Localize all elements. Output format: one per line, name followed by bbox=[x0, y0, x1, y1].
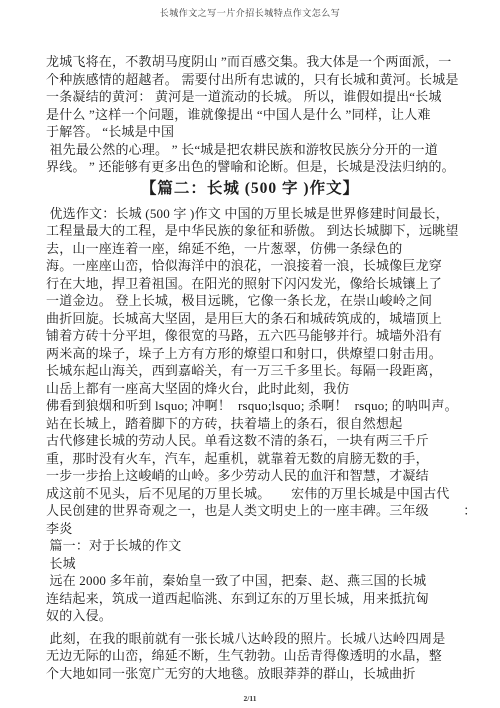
text-line: 界线。 ” 还能够有更多出色的譬喻和论断。但是，长城是没法归纳的。 bbox=[46, 158, 476, 176]
text-line: 一道金边。 登上长城，极目远眺，它像一条长龙，在崇山峻岭之间 bbox=[46, 292, 476, 310]
text-line: 连结起来，筑成一道西起临洮、东到辽东的万里长城，用来抵抗匈 bbox=[46, 590, 476, 608]
text-line: 无边无际的山峦，绵延不断，生气勃勃。山岳青得像透明的水晶，整 bbox=[46, 647, 476, 665]
text-line: 一步一步抬上这峻峭的山岭。多少劳动人民的血汗和智慧，才凝结 bbox=[46, 467, 476, 485]
text-line: 远在 2000 多年前，秦始皇一致了中国，把秦、赵、燕三国的长城 bbox=[46, 572, 476, 590]
text-line: 山岳上都有一座高大坚固的烽火台，此时此刻，我仿 bbox=[46, 380, 476, 398]
text-line: 成这前不见头，后不见尾的万里长城。 宏伟的万里长城是中国古代 bbox=[46, 485, 476, 503]
text-line: 是什么 ”这样一个问题，谁就像提出 “中国人是什么 ”同样，让人难 bbox=[46, 106, 476, 124]
text-line: 曲折回旋。长城高大坚固，是用巨大的条石和城砖筑成的，城墙顶上 bbox=[46, 310, 476, 328]
text-line: 篇一：对于长城的作文 bbox=[46, 537, 476, 555]
document-page: 长城作文之写一片介招长城特点作文怎么写 龙城飞将在，不教胡马度阴山 ”而百感交集… bbox=[0, 0, 500, 708]
text-line: 铺着方砖十分平坦，像很宽的马路，五六匹马能够并行。城墙外沿有 bbox=[46, 327, 476, 345]
text-line: 长城 bbox=[46, 555, 476, 573]
section-heading: 【篇二：长城 (500 字 )作文】 bbox=[24, 177, 476, 201]
text-line: 个大地如同一张宽广无穷的大地毯。放眼莽莽的群山，长城曲折 bbox=[46, 665, 476, 683]
text-line: 一条凝结的黄河： 黄河是一道流动的长城。 所以，谁假如提出“长城 bbox=[46, 88, 476, 106]
document-body: 龙城飞将在，不教胡马度阴山 ”而百感交集。我大体是一个两面派，一 个种族感情的超… bbox=[0, 53, 500, 682]
text-line: 人民创建的世界奇观之一，也是人类文明史上的一座丰碑。三年级 ： bbox=[46, 502, 476, 520]
text-line: 个种族感情的超越者。 需要付出所有忠诚的，只有长城和黄河。长城是 bbox=[46, 71, 476, 89]
text-line: 佛看到狼烟和听到 lsquo; 冲啊！ rsquo;lsquo; 杀啊！ rsq… bbox=[46, 397, 476, 415]
text-line: 长城东起山海关，西到嘉峪关，有一万三千多里长。每隔一段距离， bbox=[46, 362, 476, 380]
text-line: 李炎 bbox=[46, 520, 476, 538]
text-line: 奴的入侵。 bbox=[46, 607, 476, 625]
text-line: 龙城飞将在，不教胡马度阴山 ”而百感交集。我大体是一个两面派，一 bbox=[46, 53, 476, 71]
text-line: 古代修建长城的劳动人民。单看这数不清的条石，一块有两三千斤 bbox=[46, 432, 476, 450]
text-line: 优选作文：长城 (500 字 )作文 中国的万里长城是世界修建时间最长， bbox=[46, 205, 476, 223]
text-line: 去，山一座连着一座，绵延不绝，一片葱翠，仿佛一条绿色的 bbox=[46, 240, 476, 258]
text-line: 重，那时没有火车，汽车，起重机，就靠着无数的肩膀无数的手， bbox=[46, 450, 476, 468]
text-line: 此刻，在我的眼前就有一张长城八达岭段的照片。长城八达岭四周是 bbox=[46, 630, 476, 648]
text-line: 站在长城上，踏着脚下的方砖，扶着墙上的条石，很自然想起 bbox=[46, 415, 476, 433]
page-number: 2/11 bbox=[0, 694, 500, 703]
text-line: 行在大地，捍卫着祖国。在阳光的照射下闪闪发光，像给长城镶上了 bbox=[46, 275, 476, 293]
text-line: 两米高的垛子，垛子上方有方形的燎望口和射口，供燎望口射击用。 bbox=[46, 345, 476, 363]
page-header-title: 长城作文之写一片介招长城特点作文怎么写 bbox=[0, 0, 500, 19]
text-line: 祖先最公然的心理。 ” 长“城是把农耕民族和游牧民族分分开的一道 bbox=[46, 141, 476, 159]
text-line: 工程量最大的工程，是中华民族的象征和骄傲。 到达长城脚下，远眺望 bbox=[46, 222, 476, 240]
text-line: 于解答。 “长城是中国 bbox=[46, 123, 476, 141]
text-line: 海。一座座山峦，恰似海洋中的浪花，一浪接着一浪，长城像巨龙穿 bbox=[46, 257, 476, 275]
